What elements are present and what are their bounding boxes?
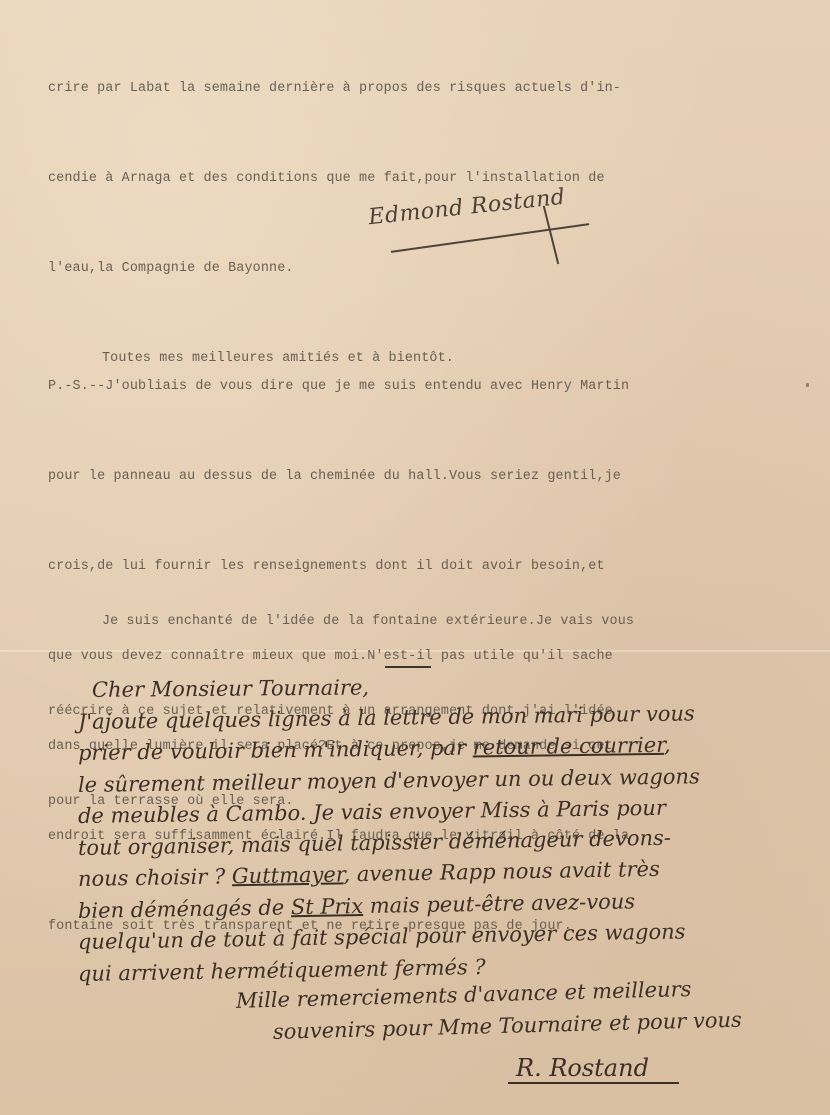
handwritten-note: Cher Monsieur Tournaire, J'ajoute quelqu… xyxy=(78,675,798,1085)
typed-line: Je suis enchanté de l'idée de la fontain… xyxy=(48,607,634,637)
signature-r-rostand: R. Rostand xyxy=(508,1054,679,1084)
edmond-rostand-signature: Edmond Rostand xyxy=(360,185,600,275)
signature-text: Edmond Rostand xyxy=(367,185,566,231)
letter-page: crire par Labat la semaine dernière à pr… xyxy=(0,0,830,1115)
underlined-place: St Prix xyxy=(291,894,364,919)
typed-line: P.-S.--J'oubliais de vous dire que je me… xyxy=(48,372,629,402)
handwritten-signature: R. Rostand xyxy=(78,1053,798,1085)
underlined-name: Guttmayer xyxy=(232,862,344,888)
signature-flourish xyxy=(391,223,589,252)
typed-line: pour le panneau au dessus de la cheminée… xyxy=(48,462,629,492)
signature-flourish-vertical xyxy=(543,206,559,265)
section-divider xyxy=(385,666,431,668)
typed-line: crire par Labat la semaine dernière à pr… xyxy=(48,74,621,104)
paper-speck xyxy=(806,383,809,387)
underlined-phrase: retour de courrier xyxy=(473,733,665,760)
